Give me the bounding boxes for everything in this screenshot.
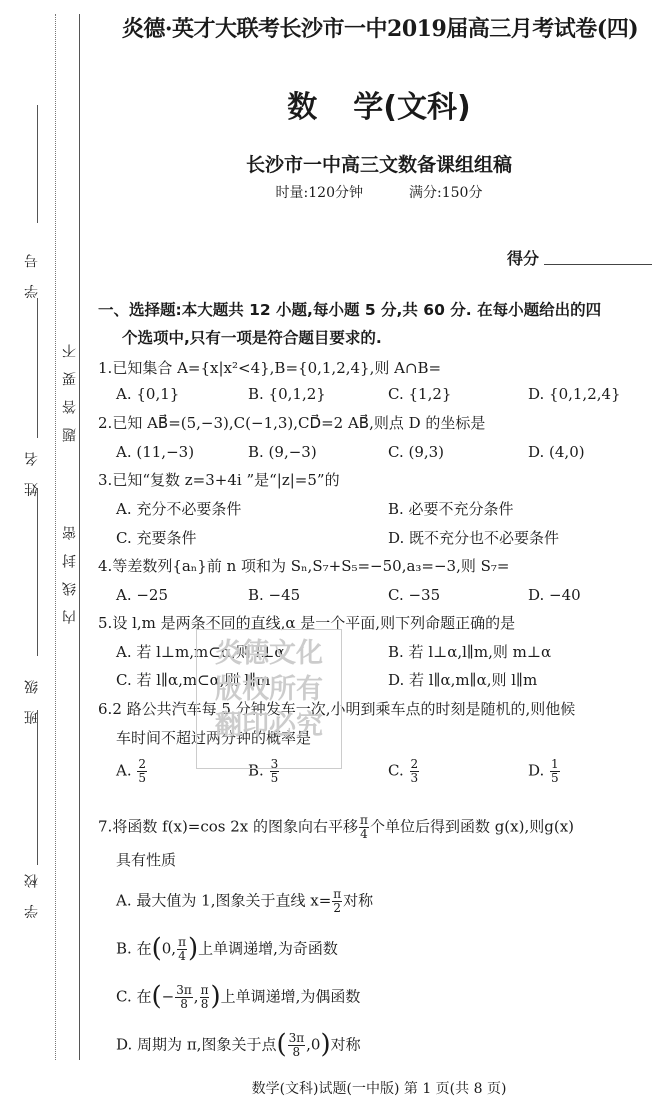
fraction: 23 bbox=[410, 758, 420, 785]
q1-option-b[interactable]: B. {0,1,2} bbox=[248, 384, 326, 404]
exam-title: 炎德·英才大联考长沙市一中2019届高三月考试卷(四) bbox=[98, 12, 662, 43]
q6-option-a[interactable]: A. 25 bbox=[116, 758, 148, 785]
q3-option-a[interactable]: A. 充分不必要条件 bbox=[116, 499, 241, 519]
name-label: 姓 名 bbox=[22, 446, 42, 496]
fraction: π2 bbox=[332, 888, 342, 915]
seal-notice-lower: 内线封密 bbox=[60, 512, 80, 624]
fraction: π4 bbox=[359, 814, 369, 841]
q3-option-c[interactable]: C. 充要条件 bbox=[116, 528, 196, 548]
q3-option-d[interactable]: D. 既不充分也不必要条件 bbox=[388, 528, 559, 548]
school-blank[interactable] bbox=[37, 710, 38, 865]
name-blank[interactable] bbox=[37, 298, 38, 438]
question-4-stem: 4.等差数列{aₙ}前 n 项和为 Sₙ,S₇+S₅=−50,a₃=−3,则 S… bbox=[98, 556, 510, 576]
section-heading: 一、选择题:本大题共 12 小题,每小题 5 分,共 60 分. 在每小题给出的… bbox=[98, 296, 601, 352]
fraction: 15 bbox=[550, 758, 560, 785]
q7-option-c[interactable]: C. 在(−3π8,π8)上单调递增,为偶函数 bbox=[116, 984, 360, 1011]
time-limit: 时量:120分钟 bbox=[276, 185, 363, 201]
fraction: 25 bbox=[137, 758, 147, 785]
q2-option-a[interactable]: A. (11,−3) bbox=[116, 442, 194, 462]
subject-title: 数学(文科) bbox=[90, 82, 668, 126]
question-3-stem: 3.已知“复数 z=3+4i ”是“|z|=5”的 bbox=[98, 470, 340, 490]
q2-option-d[interactable]: D. (4,0) bbox=[528, 442, 585, 462]
q3-option-b[interactable]: B. 必要不充分条件 bbox=[388, 499, 514, 519]
q7-option-d[interactable]: D. 周期为 π,图象关于点(3π8,0)对称 bbox=[116, 1032, 361, 1059]
question-7-stem-cont: 具有性质 bbox=[116, 850, 176, 870]
q2-option-b[interactable]: B. (9,−3) bbox=[248, 442, 317, 462]
exam-meta: 时量:120分钟满分:150分 bbox=[90, 182, 668, 202]
question-2-stem: 2.已知 AB⃗=(5,−3),C(−1,3),CD⃗=2 AB⃗,则点 D 的… bbox=[98, 413, 485, 433]
author-line: 长沙市一中高三文数备课组组稿 bbox=[90, 150, 668, 177]
q6-option-c[interactable]: C. 23 bbox=[388, 758, 420, 785]
seal-notice-upper: 题答要不 bbox=[60, 330, 80, 442]
student-id-label: 学 号 bbox=[22, 248, 42, 298]
q6-option-d[interactable]: D. 15 bbox=[528, 758, 561, 785]
fraction: π8 bbox=[200, 984, 210, 1011]
q5-option-b[interactable]: B. 若 l⊥α,l∥m,则 m⊥α bbox=[388, 642, 551, 662]
fraction: 3π8 bbox=[288, 1032, 306, 1059]
binding-margin: 学 号 姓 名 班 级 学 校 题答要不 内线封密 bbox=[0, 0, 90, 1113]
question-1-stem: 1.已知集合 A={x|x²<4},B={0,1,2,4},则 A∩B= bbox=[98, 358, 441, 378]
binding-dotted-line bbox=[55, 14, 56, 1060]
q7-option-b[interactable]: B. 在(0,π4)上单调递增,为奇函数 bbox=[116, 936, 338, 963]
q7-option-a[interactable]: A. 最大值为 1,图象关于直线 x=π2对称 bbox=[116, 888, 373, 915]
copyright-watermark: 炎德文化 版权所有 翻印必究 bbox=[196, 629, 342, 769]
class-label: 班 级 bbox=[22, 674, 42, 724]
page-footer: 数学(文科)试题(一中版) 第 1 页(共 8 页) bbox=[90, 1078, 668, 1098]
class-blank[interactable] bbox=[37, 488, 38, 656]
q2-option-c[interactable]: C. (9,3) bbox=[388, 442, 444, 462]
fraction: π4 bbox=[177, 936, 187, 963]
q5-option-d[interactable]: D. 若 l∥α,m∥α,则 l∥m bbox=[388, 670, 537, 690]
full-score: 满分:150分 bbox=[409, 185, 482, 201]
question-7-stem: 7.将函数 f(x)=cos 2x 的图象向右平移π4个单位后得到函数 g(x)… bbox=[98, 814, 574, 841]
q1-option-c[interactable]: C. {1,2} bbox=[388, 384, 451, 404]
student-id-blank[interactable] bbox=[37, 105, 38, 223]
score-label: 得分 bbox=[507, 246, 539, 269]
q1-option-d[interactable]: D. {0,1,2,4} bbox=[528, 384, 621, 404]
fraction: 3π8 bbox=[175, 984, 193, 1011]
score-blank[interactable] bbox=[544, 264, 652, 265]
q4-option-d[interactable]: D. −40 bbox=[528, 585, 581, 605]
school-label: 学 校 bbox=[22, 868, 42, 918]
q4-option-b[interactable]: B. −45 bbox=[248, 585, 300, 605]
q4-option-c[interactable]: C. −35 bbox=[388, 585, 440, 605]
q1-option-a[interactable]: A. {0,1} bbox=[116, 384, 179, 404]
q4-option-a[interactable]: A. −25 bbox=[116, 585, 168, 605]
